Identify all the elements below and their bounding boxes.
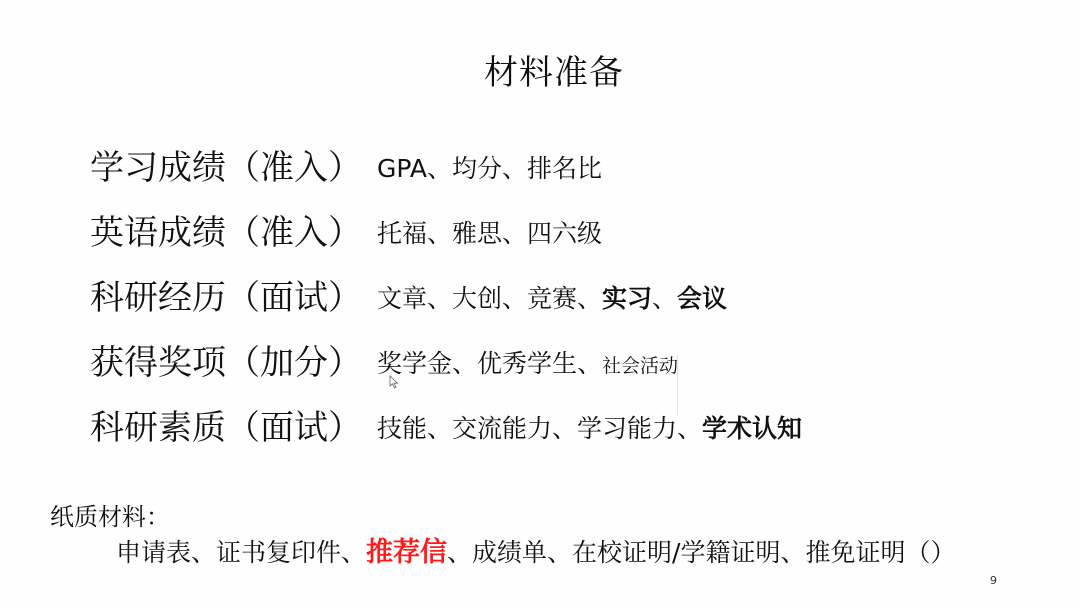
requirement-detail: 技能、交流能力、学习能力、学术认知 xyxy=(377,405,802,453)
detail-text: 技能、交流能力、学习能力、 xyxy=(377,414,702,443)
detail-text: 奖学金、优秀学生、 xyxy=(377,349,602,378)
detail-text: GPA、均分、排名比 xyxy=(377,154,602,183)
text-caret-artifact xyxy=(677,355,678,415)
paper-materials-label: 纸质材料： xyxy=(50,500,170,534)
mouse-pointer-icon xyxy=(389,375,399,389)
slide-title: 材料准备 xyxy=(0,50,1080,96)
slide: 材料准备 学习成绩（准入） GPA、均分、排名比 英语成绩（准入） 托福、雅思、… xyxy=(0,0,1080,608)
requirement-row-research-experience: 科研经历（面试） 文章、大创、竞赛、实习、会议 xyxy=(90,274,802,339)
requirement-detail: 奖学金、优秀学生、社会活动 xyxy=(377,340,678,390)
requirement-list: 学习成绩（准入） GPA、均分、排名比 英语成绩（准入） 托福、雅思、四六级 科… xyxy=(90,144,802,469)
requirement-label: 科研经历（面试） xyxy=(90,274,377,322)
paper-materials-list: 申请表、证书复印件、推荐信、成绩单、在校证明/学籍证明、推免证明（） xyxy=(116,533,955,573)
requirement-label: 学习成绩（准入） xyxy=(90,144,377,192)
detail-text-small: 社会活动 xyxy=(602,355,678,377)
requirement-row-awards: 获得奖项（加分） 奖学金、优秀学生、社会活动 xyxy=(90,339,802,404)
requirement-row-research-quality: 科研素质（面试） 技能、交流能力、学习能力、学术认知 xyxy=(90,404,802,469)
requirement-label: 获得奖项（加分） xyxy=(90,339,377,387)
detail-text: 、 xyxy=(652,284,677,313)
detail-text-bold: 学术认知 xyxy=(702,414,802,443)
requirement-label: 科研素质（面试） xyxy=(90,404,377,452)
detail-text: 文章、大创、竞赛、 xyxy=(377,284,602,313)
detail-text-bold: 会议 xyxy=(677,284,727,313)
paper-item-text: 、成绩单、在校证明/学籍证明、推免证明（） xyxy=(447,538,955,567)
requirement-detail: 托福、雅思、四六级 xyxy=(377,210,602,258)
paper-item-highlight: 推荐信 xyxy=(366,537,447,568)
requirement-row-english: 英语成绩（准入） 托福、雅思、四六级 xyxy=(90,209,802,274)
page-number: 9 xyxy=(990,574,997,587)
detail-text-bold: 实习 xyxy=(602,284,652,313)
requirement-detail: GPA、均分、排名比 xyxy=(377,145,602,193)
requirement-row-academic: 学习成绩（准入） GPA、均分、排名比 xyxy=(90,144,802,209)
detail-text: 托福、雅思、四六级 xyxy=(377,219,602,248)
paper-item-text: 申请表、证书复印件、 xyxy=(116,538,366,567)
requirement-label: 英语成绩（准入） xyxy=(90,209,377,257)
requirement-detail: 文章、大创、竞赛、实习、会议 xyxy=(377,275,727,323)
